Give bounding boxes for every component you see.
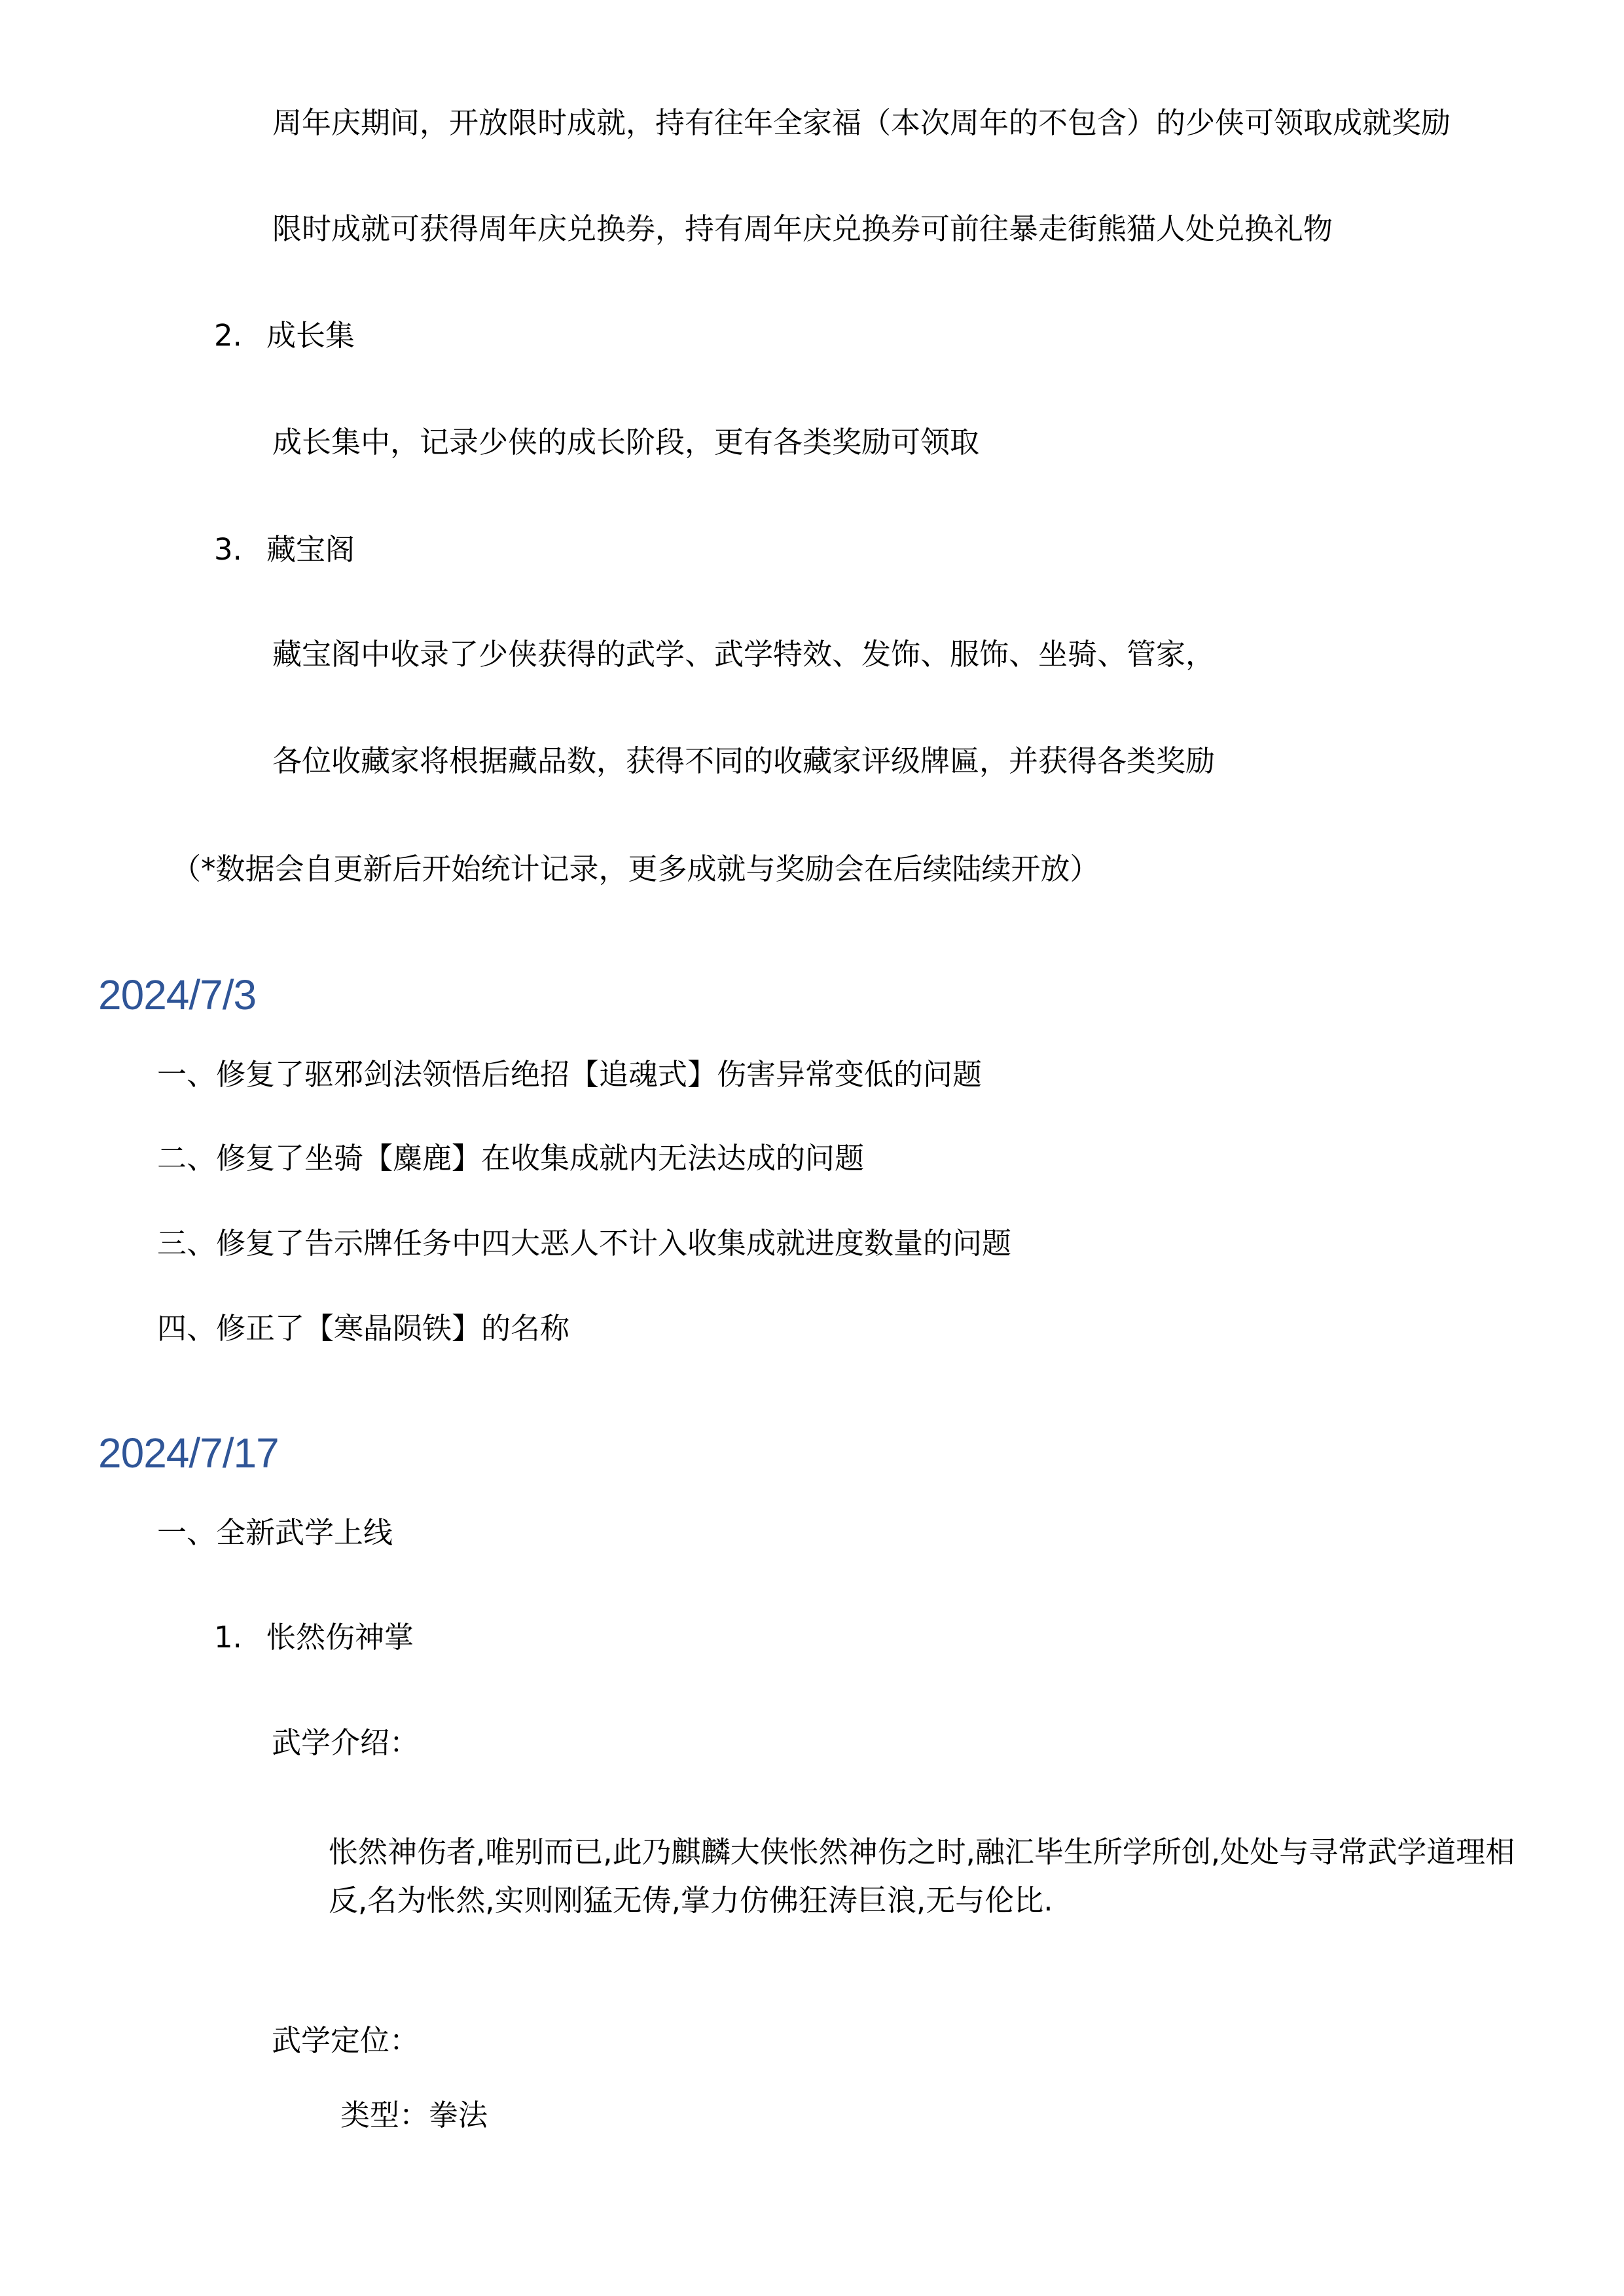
list-number: 1. <box>214 1618 266 1657</box>
list-item-title: 成长集 <box>266 316 355 355</box>
skill-type-row: 类型：拳法 <box>340 2096 488 2135</box>
treasure-pavilion-desc-line-1: 藏宝阁中收录了少侠获得的武学、武学特效、发饰、服饰、坐骑、管家， <box>272 635 1215 674</box>
fix-item-4: 四、修正了【寒晶陨铁】的名称 <box>157 1309 569 1348</box>
anniversary-intro-line-2: 限时成就可获得周年庆兑换券，持有周年庆兑换券可前往暴走街熊猫人处兑换礼物 <box>272 209 1333 249</box>
fix-item-2: 二、修复了坐骑【麋鹿】在收集成就内无法达成的问题 <box>157 1139 864 1178</box>
anniversary-intro-line-1: 周年庆期间，开放限时成就，持有往年全家福（本次周年的不包含）的少侠可领取成就奖励 <box>272 103 1451 143</box>
skill-intro-text-line-2: 反,名为怅然,实则刚猛无俦,掌力仿佛狂涛巨浪,无与伦比. <box>329 1881 1053 1920</box>
skill-type-value: 拳法 <box>429 2098 488 2132</box>
skill-intro-label: 武学介绍： <box>272 1723 419 1763</box>
section-heading-2024-7-17: 2024/7/17 <box>98 1427 279 1479</box>
fix-item-3: 三、修复了告示牌任务中四大恶人不计入收集成就进度数量的问题 <box>157 1224 1011 1263</box>
list-number: 2. <box>214 316 266 355</box>
skill-name: 怅然伤神掌 <box>266 1618 414 1657</box>
list-item-treasure-pavilion: 3.藏宝阁 <box>214 530 355 569</box>
section-heading-2024-7-3: 2024/7/3 <box>98 969 256 1021</box>
data-note: （*数据会自更新后开始统计记录，更多成就与奖励会在后续陆续开放） <box>171 850 1100 889</box>
fix-item-1: 一、修复了驱邪剑法领悟后绝招【追魂式】伤害异常变低的问题 <box>157 1055 982 1094</box>
skill-position-label: 武学定位： <box>272 2021 419 2060</box>
growth-collection-desc: 成长集中，记录少侠的成长阶段，更有各类奖励可领取 <box>272 423 979 462</box>
list-item-growth-collection: 2.成长集 <box>214 316 355 355</box>
list-item-title: 藏宝阁 <box>266 530 355 569</box>
list-number: 3. <box>214 530 266 569</box>
subsection-new-skills: 一、全新武学上线 <box>157 1513 393 1552</box>
skill-type-label: 类型： <box>340 2098 429 2132</box>
skill-intro-text-line-1: 怅然神伤者,唯别而已,此乃麒麟大侠怅然神伤之时,融汇毕生所学所创,处处与寻常武学… <box>329 1833 1515 1872</box>
treasure-pavilion-desc-line-2: 各位收藏家将根据藏品数，获得不同的收藏家评级牌匾，并获得各类奖励 <box>272 742 1215 781</box>
list-item-skill: 1.怅然伤神掌 <box>214 1618 414 1657</box>
